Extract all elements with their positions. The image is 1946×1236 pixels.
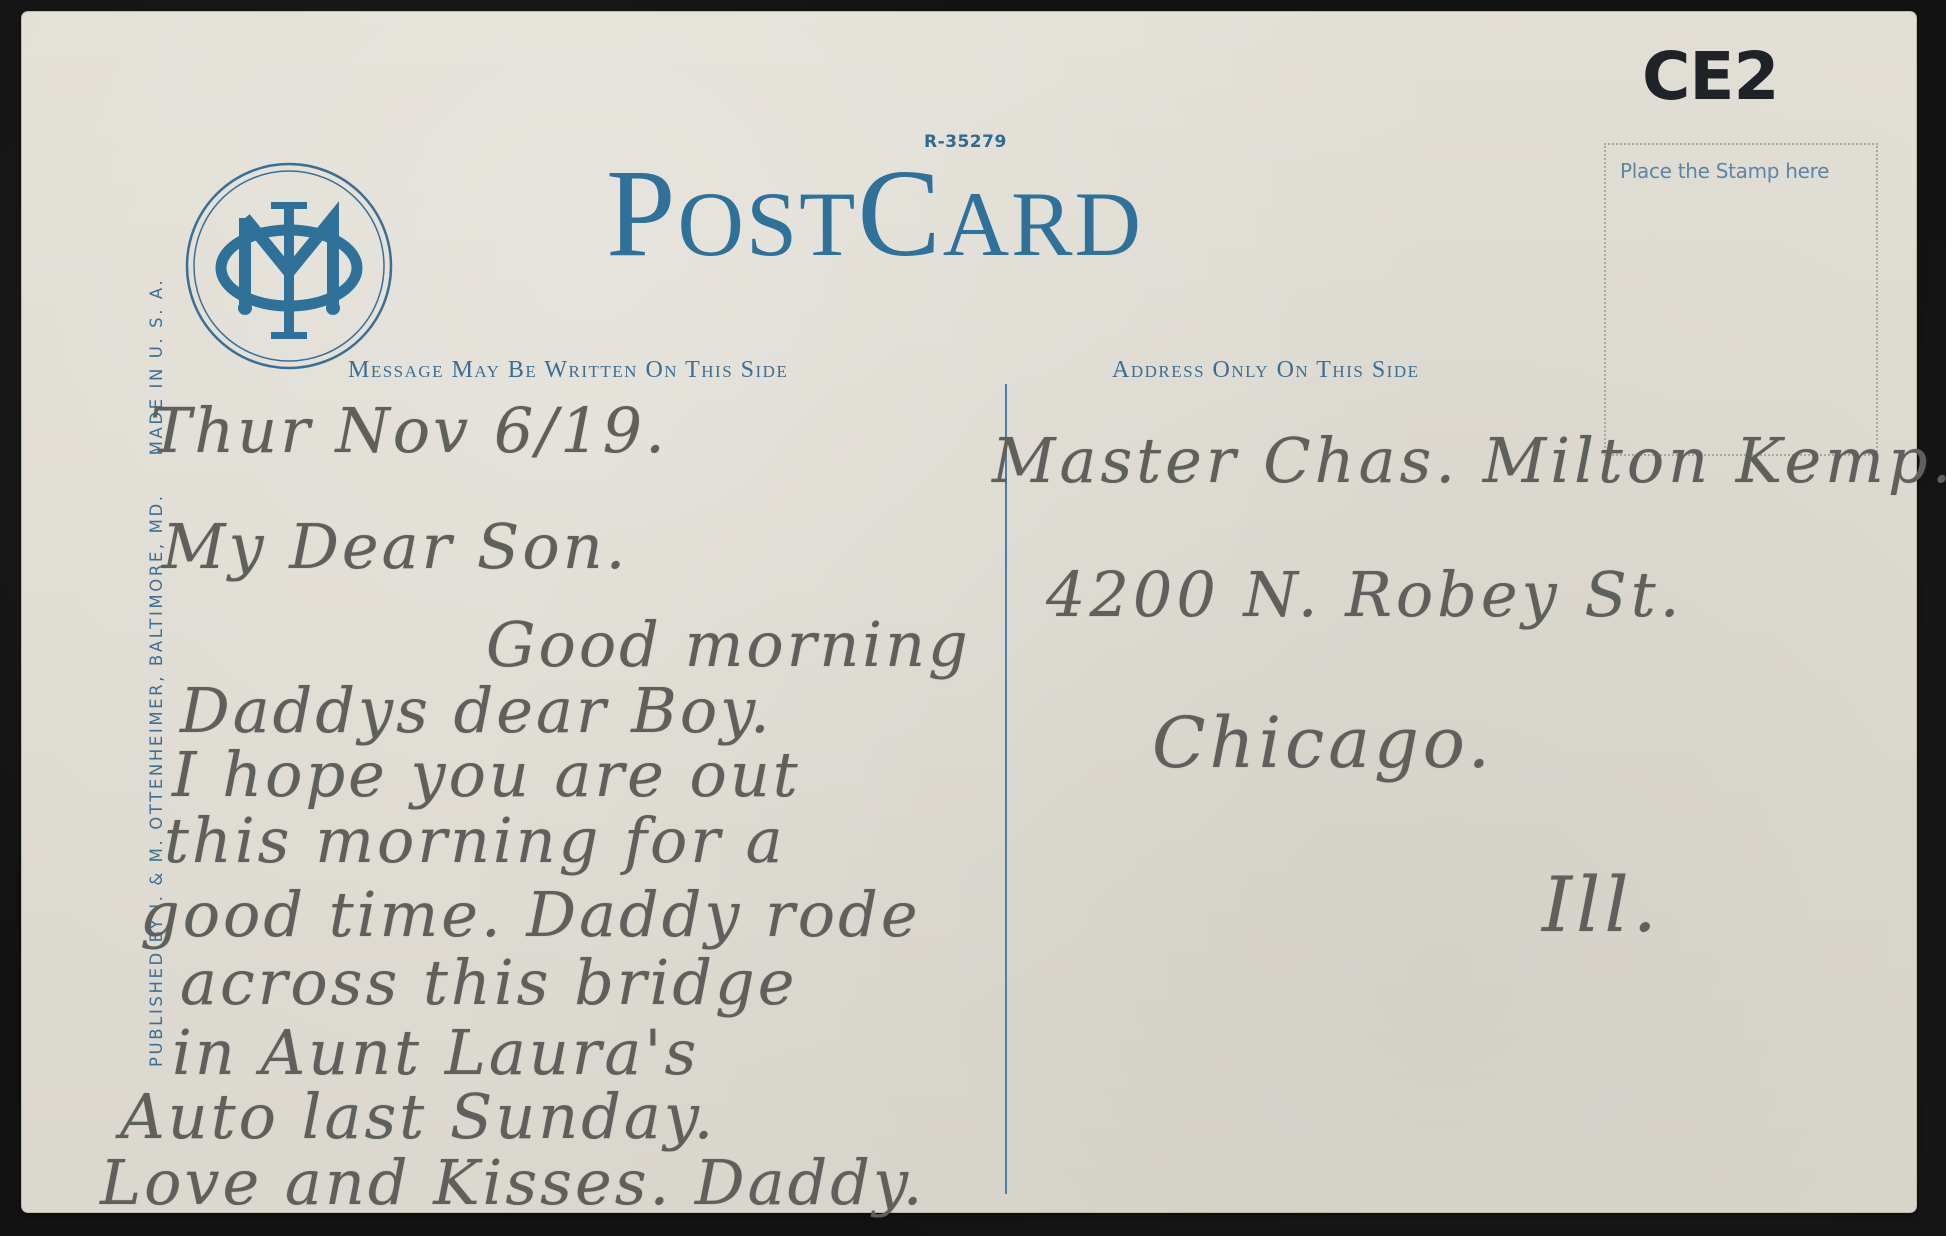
message-line: I hope you are out <box>172 738 801 811</box>
postcard-title: POSTCARD <box>606 152 1143 277</box>
message-line: in Aunt Laura's <box>172 1016 699 1089</box>
message-line: across this bridge <box>180 946 797 1019</box>
address-line-state: Ill. <box>1542 860 1661 949</box>
stamp-placement-box: Place the Stamp here <box>1604 143 1878 456</box>
postcard-back: PUBLISHED BY I. & M. OTTENHEIMER, BALTIM… <box>22 12 1916 1212</box>
stamp-label: Place the Stamp here <box>1620 159 1829 183</box>
address-line-recipient: Master Chas. Milton Kemp. <box>992 424 1946 497</box>
message-line: this morning for a <box>164 804 786 877</box>
archive-mark: CE2 <box>1642 44 1778 110</box>
center-divider-line <box>1005 384 1007 1194</box>
message-line: Auto last Sunday. <box>120 1080 716 1153</box>
address-line-city: Chicago. <box>1152 702 1494 784</box>
message-line: Thur Nov 6/19. <box>150 394 668 467</box>
message-line: My Dear Son. <box>162 510 628 583</box>
message-line: Good morning <box>486 608 971 681</box>
message-line: good time. Daddy rode <box>140 878 921 951</box>
publisher-monogram-logo-icon <box>183 160 395 372</box>
address-line-street: 4200 N. Robey St. <box>1046 558 1683 631</box>
message-line: Love and Kisses. Daddy. <box>100 1146 925 1219</box>
message-side-header: Message May Be Written On This Side <box>348 357 788 384</box>
message-line: Daddys dear Boy. <box>180 674 773 747</box>
address-side-header: Address Only On This Side <box>1112 357 1419 384</box>
